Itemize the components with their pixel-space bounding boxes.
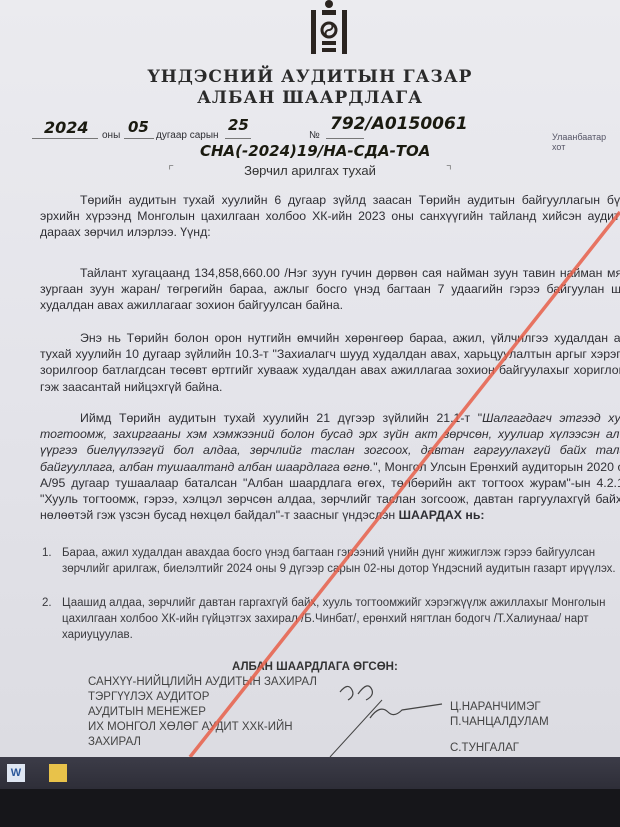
demand-heading: ШААРДАХ нь:	[399, 508, 485, 522]
paragraph-legal-basis: Иймд Төрийн аудитын тухай хуулийн 21 дүг…	[40, 410, 620, 523]
document-subject: ⌜Зөрчил арилгах тухай⌝	[0, 163, 620, 179]
dateline: 2024 оны 05 дугаар сарын 25 № 792/А01500…	[0, 118, 620, 144]
document-number: 792/А0150061	[330, 114, 468, 134]
month-suffix: дугаар сарын	[156, 130, 219, 141]
word-app-icon[interactable]: W	[7, 764, 25, 782]
organization-name: ҮНДЭСНИЙ АУДИТЫН ГАЗАР	[0, 67, 620, 87]
taskbar: W	[0, 757, 620, 789]
signatory-name: С.ТУНГАЛАГ	[450, 741, 519, 756]
paragraph-finding-detail: Тайлант хугацаанд 134,858,660.00 /Нэг зу…	[40, 265, 620, 314]
paragraph-findings-intro: Төрийн аудитын тухай хуулийн 6 дугаар зү…	[40, 192, 620, 241]
signatory-name: П.ЧАНЦАЛДУЛАМ	[450, 715, 549, 730]
year-suffix: оны	[102, 130, 120, 141]
place-name: Улаанбаатар хот	[552, 132, 620, 152]
number-label: №	[309, 130, 320, 141]
monitor-bezel	[0, 789, 620, 827]
document-type: АЛБАН ШААРДЛАГА	[0, 88, 620, 108]
date-year: 2024	[44, 118, 89, 137]
paragraph-law-reference: Энэ нь Төрийн болон орон нутгийн өмчийн …	[40, 330, 620, 395]
demand-item: 1. Бараа, ажил худалдан авахдаа босго үн…	[62, 545, 620, 577]
signatory-name: Ц.НАРАНЧИМЭГ	[450, 700, 541, 715]
signature-heading: АЛБАН ШААРДЛАГА ӨГСӨН:	[232, 660, 398, 675]
reference-number: СНА(-2024)19/НА-СДА-ТОА	[200, 142, 430, 160]
date-day: 25	[228, 116, 249, 134]
signatory-titles: САНХҮҮ-НИЙЦЛИЙН АУДИТЫН ЗАХИРАЛ ТЭРГҮҮЛЭ…	[88, 675, 317, 750]
date-month: 05	[128, 118, 149, 136]
state-emblem-icon	[309, 0, 349, 55]
demand-item: 2. Цаашид алдаа, зөрчлийг давтан гаргахг…	[62, 595, 620, 643]
file-explorer-icon[interactable]	[49, 764, 67, 782]
document-page: ҮНДЭСНИЙ АУДИТЫН ГАЗАР АЛБАН ШААРДЛАГА 2…	[0, 0, 620, 757]
